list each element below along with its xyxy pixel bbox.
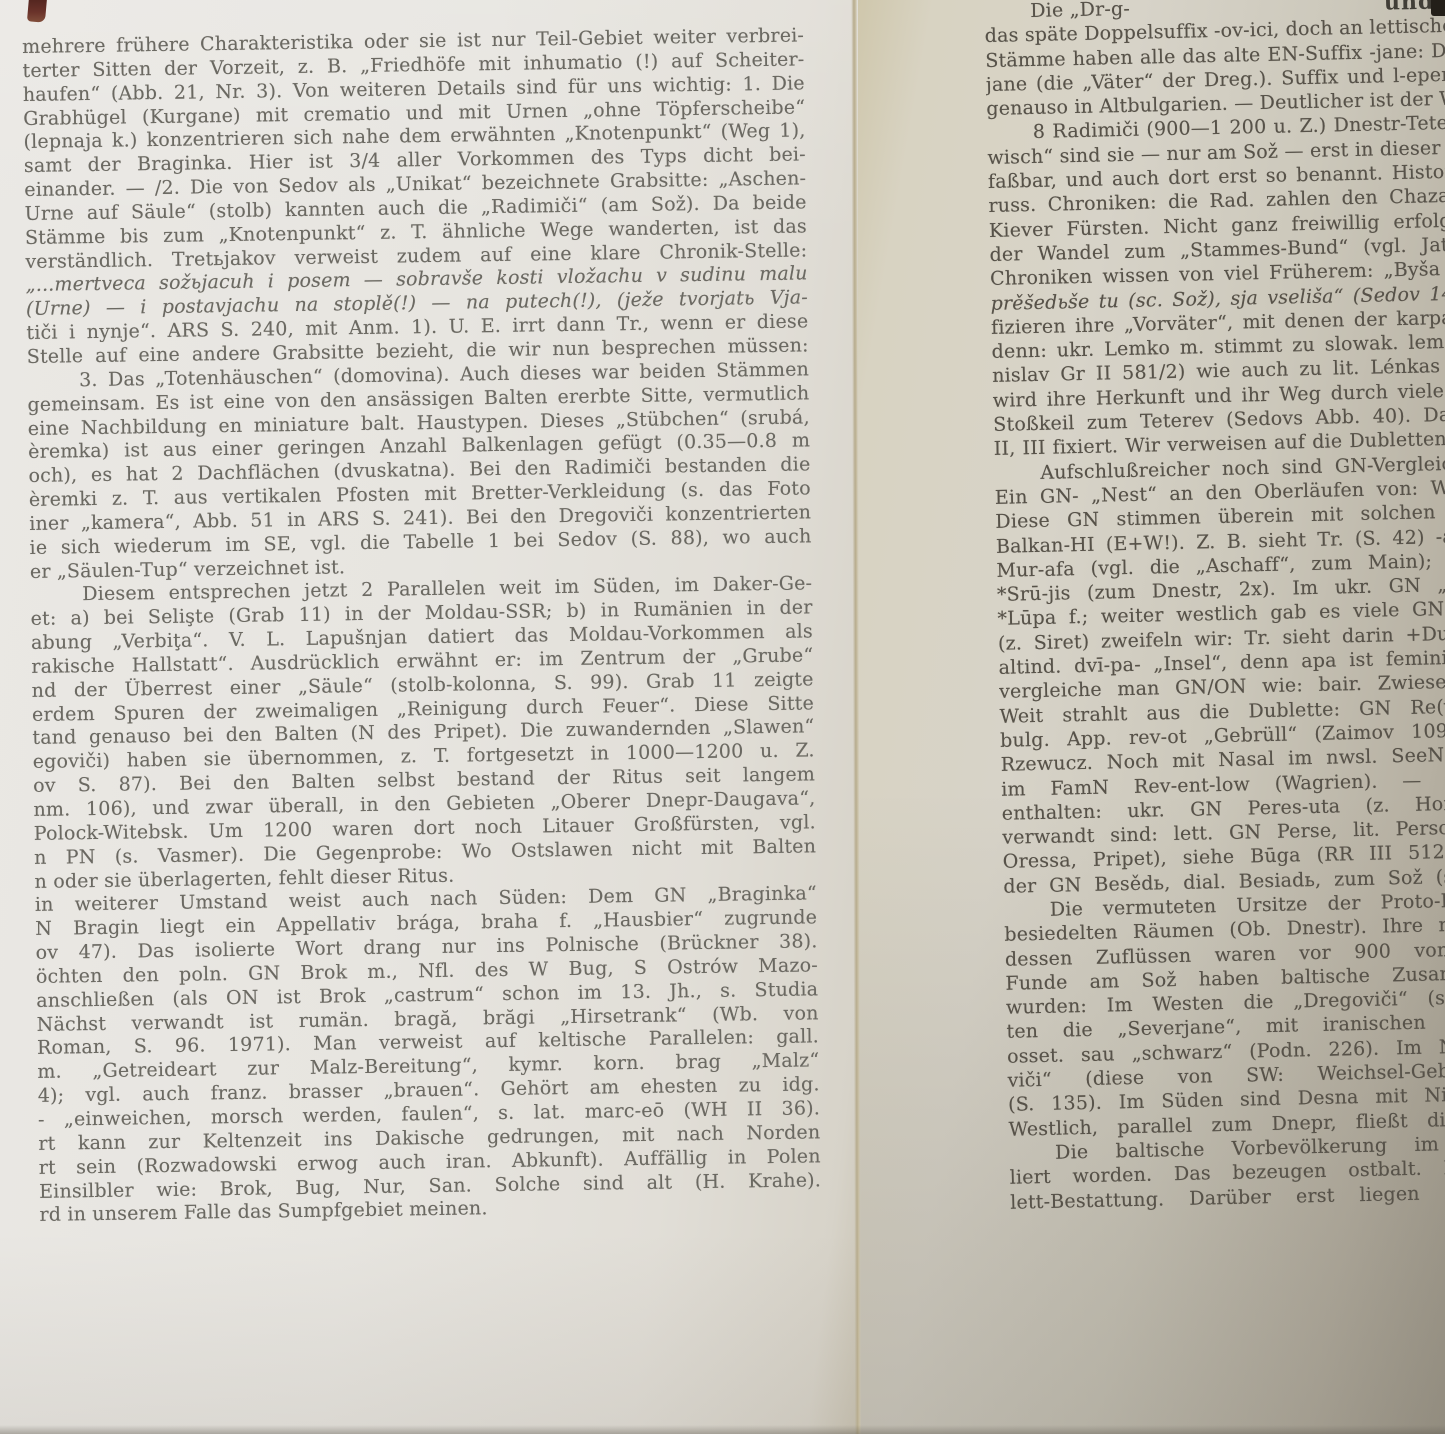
right-page-text: Die „Dr-g-das späte Doppelsuffix -ov-ici…	[984, 0, 1445, 1215]
left-page-text: mehrere frühere Charakteristika oder sie…	[22, 24, 822, 1228]
book-photo: unde mehrere frühere Charakteristika ode…	[0, 0, 1445, 1434]
book-bottom-edge-shadow	[0, 1425, 1445, 1434]
red-edge-mark	[27, 0, 47, 23]
